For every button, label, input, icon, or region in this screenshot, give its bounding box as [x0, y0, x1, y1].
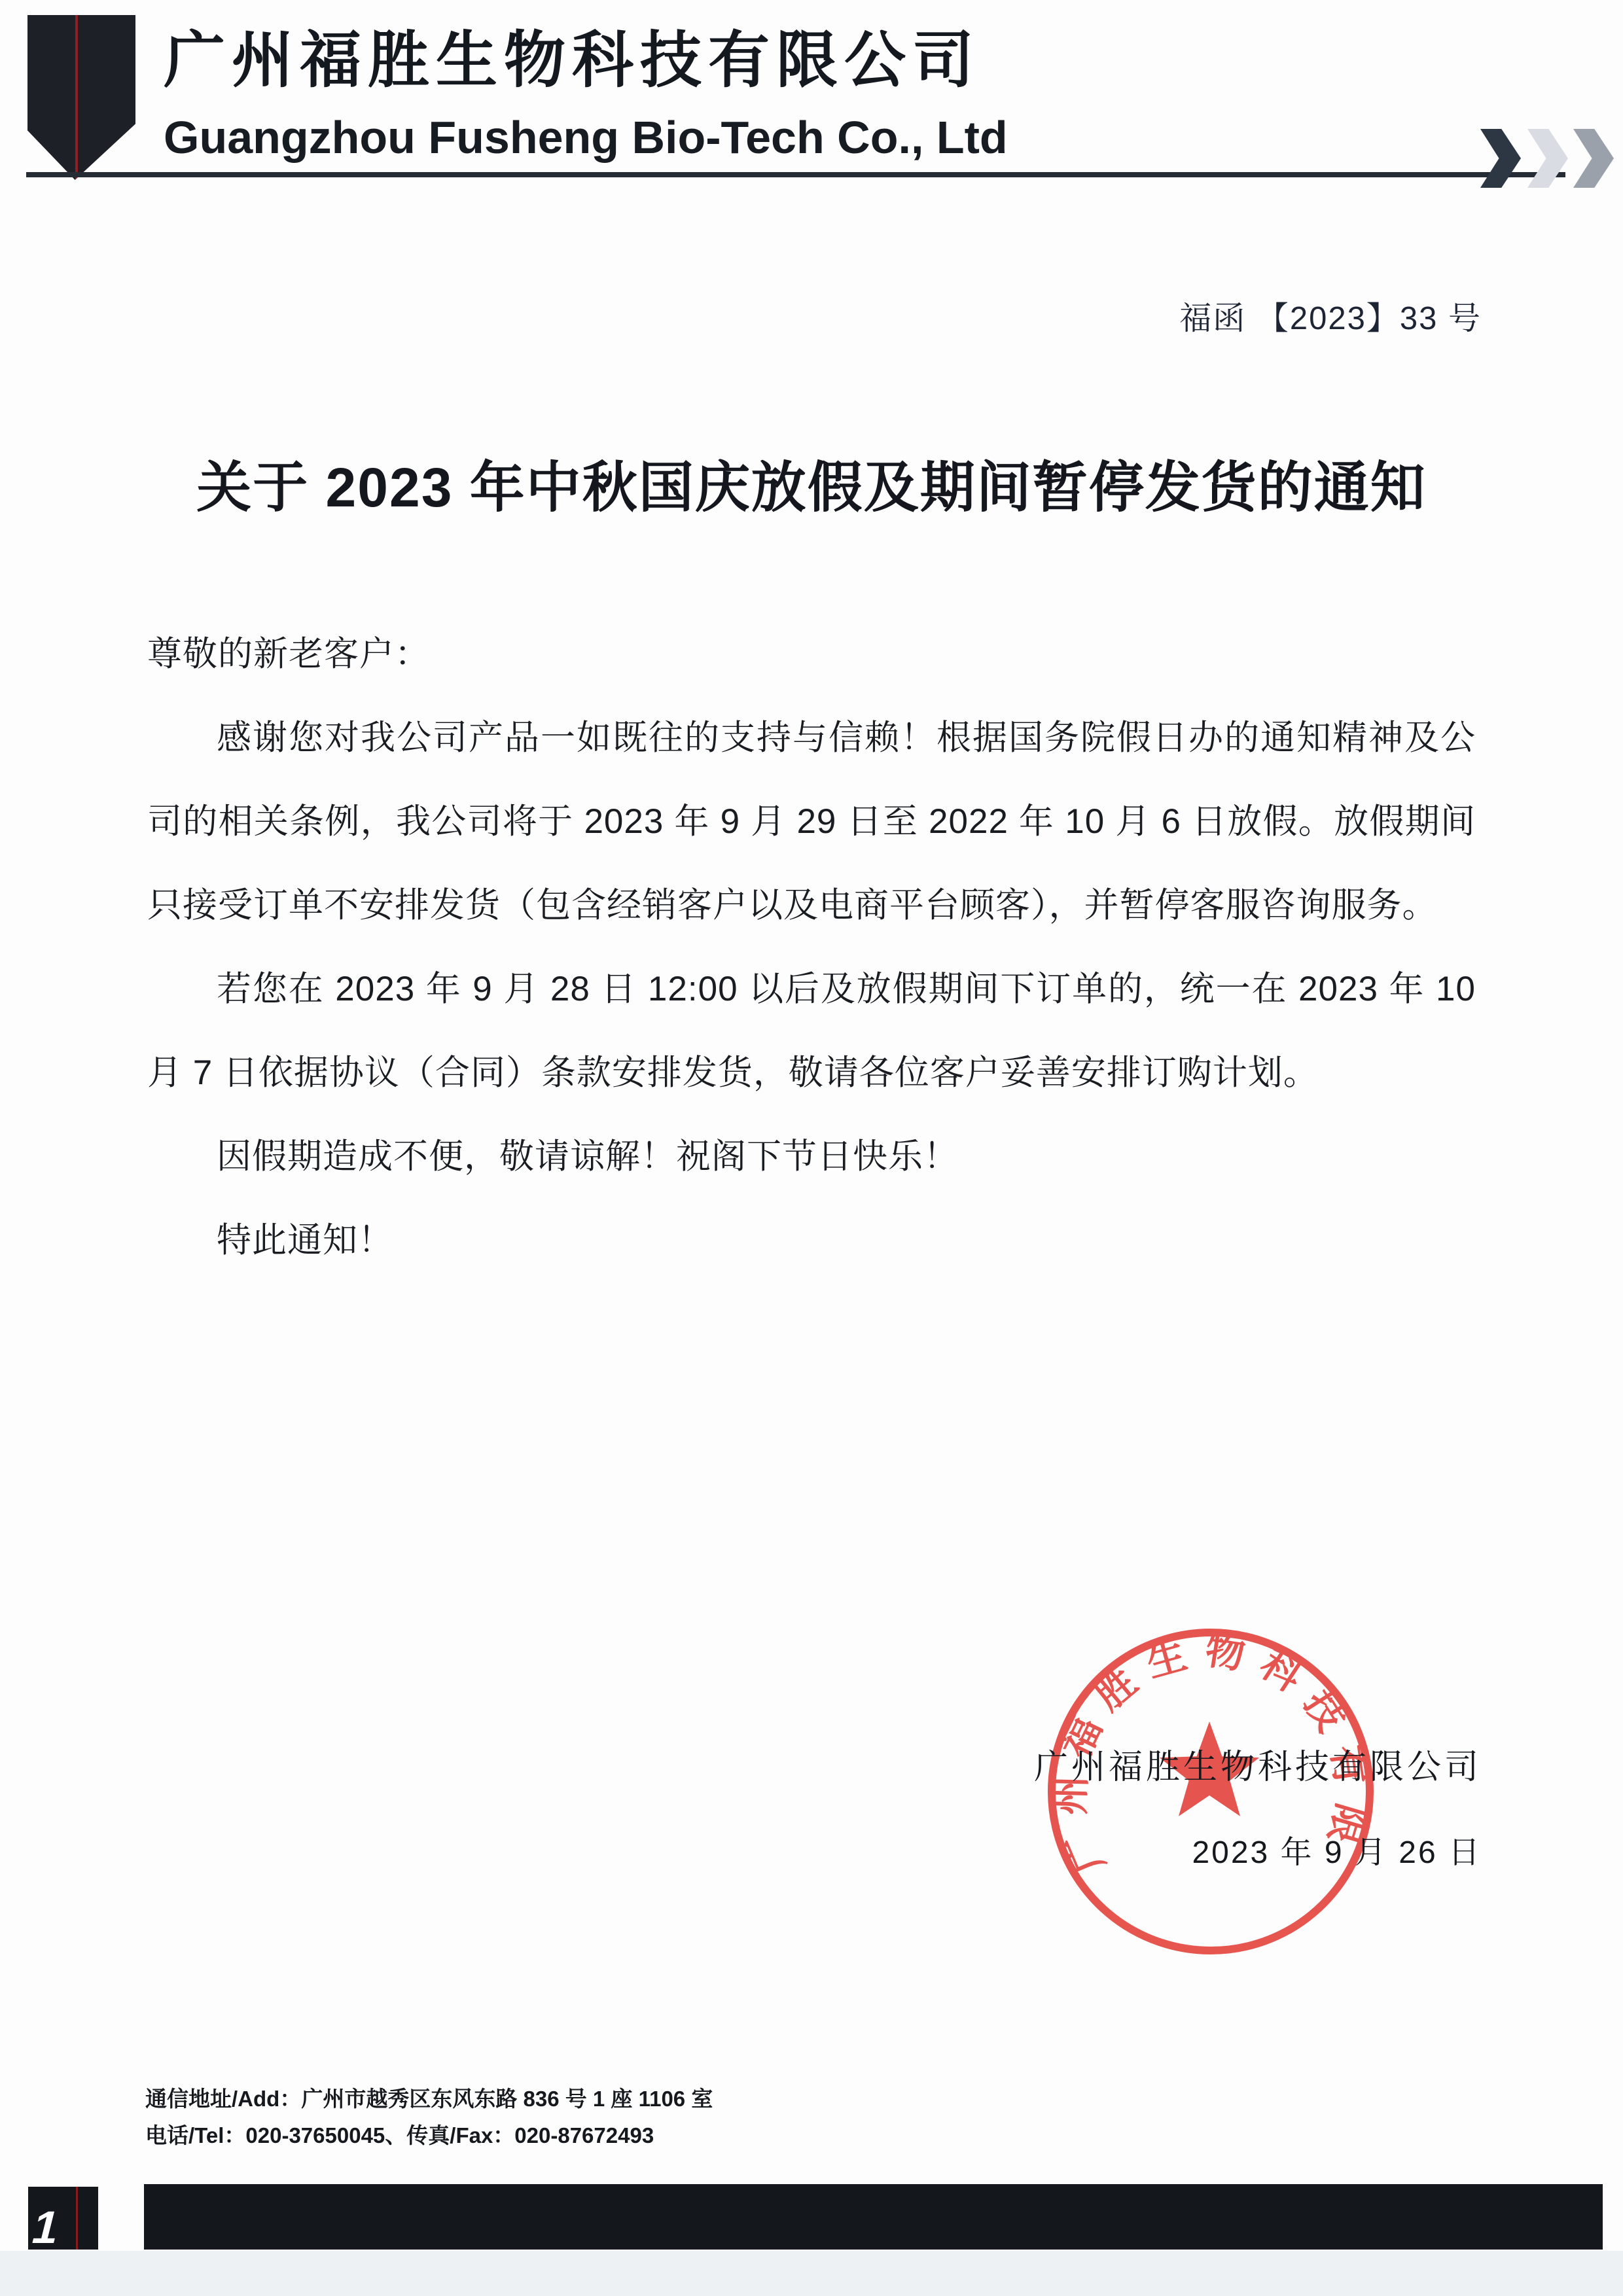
- footer-contact: 通信地址/Add：广州市越秀区东风东路 836 号 1 座 1106 室 电话/…: [145, 2081, 713, 2154]
- body-paragraph: 若您在 2023 年 9 月 28 日 12:00 以后及放假期间下订单的，统一…: [147, 947, 1476, 1115]
- footer-address: 通信地址/Add：广州市越秀区东风东路 836 号 1 座 1106 室: [145, 2081, 713, 2117]
- page-number: 1: [27, 2201, 65, 2253]
- company-logo: [27, 15, 135, 180]
- salutation: 尊敬的新老客户：: [147, 612, 1476, 696]
- body-paragraph: 因假期造成不便，敬请谅解！祝阁下节日快乐！: [147, 1115, 1476, 1199]
- letter-body: 尊敬的新老客户： 感谢您对我公司产品一如既往的支持与信赖！根据国务院假日办的通知…: [147, 612, 1476, 1282]
- footer-phone-fax: 电话/Tel：020-37650045、传真/Fax：020-87672493: [145, 2117, 713, 2154]
- company-name-zh: 广州福胜生物科技有限公司: [164, 10, 980, 99]
- header-rule: [26, 172, 1565, 177]
- signature-company: 广州福胜生物科技有限公司: [1034, 1739, 1482, 1788]
- company-seal: 广州福胜生物科技有限公司: [1042, 1623, 1380, 1960]
- body-paragraph: 特此通知！: [147, 1199, 1476, 1282]
- body-paragraph: 感谢您对我公司产品一如既往的支持与信赖！根据国务院假日办的通知精神及公司的相关条…: [147, 696, 1476, 947]
- chevron-right-icon: [1527, 129, 1568, 188]
- chevron-right-icon: [1480, 129, 1521, 188]
- scan-red-line: [76, 2187, 78, 2250]
- page-bottom-strip: [0, 2251, 1623, 2296]
- page-number-box: 1: [28, 2187, 98, 2250]
- footer-bar: [144, 2184, 1603, 2250]
- letter-title: 关于 2023 年中秋国庆放假及期间暂停发货的通知: [0, 444, 1623, 523]
- company-name-en: Guangzhou Fusheng Bio-Tech Co., Ltd: [164, 111, 1008, 164]
- reference-number: 福函 【2023】33 号: [1179, 293, 1482, 339]
- letter-page: { "header": { "company_zh": "广州福胜生物科技有限公…: [0, 0, 1623, 2296]
- chevron-right-icon: [1573, 129, 1614, 188]
- signature-date: 2023 年 9 月 26 日: [1192, 1827, 1482, 1872]
- scan-red-line: [75, 15, 78, 180]
